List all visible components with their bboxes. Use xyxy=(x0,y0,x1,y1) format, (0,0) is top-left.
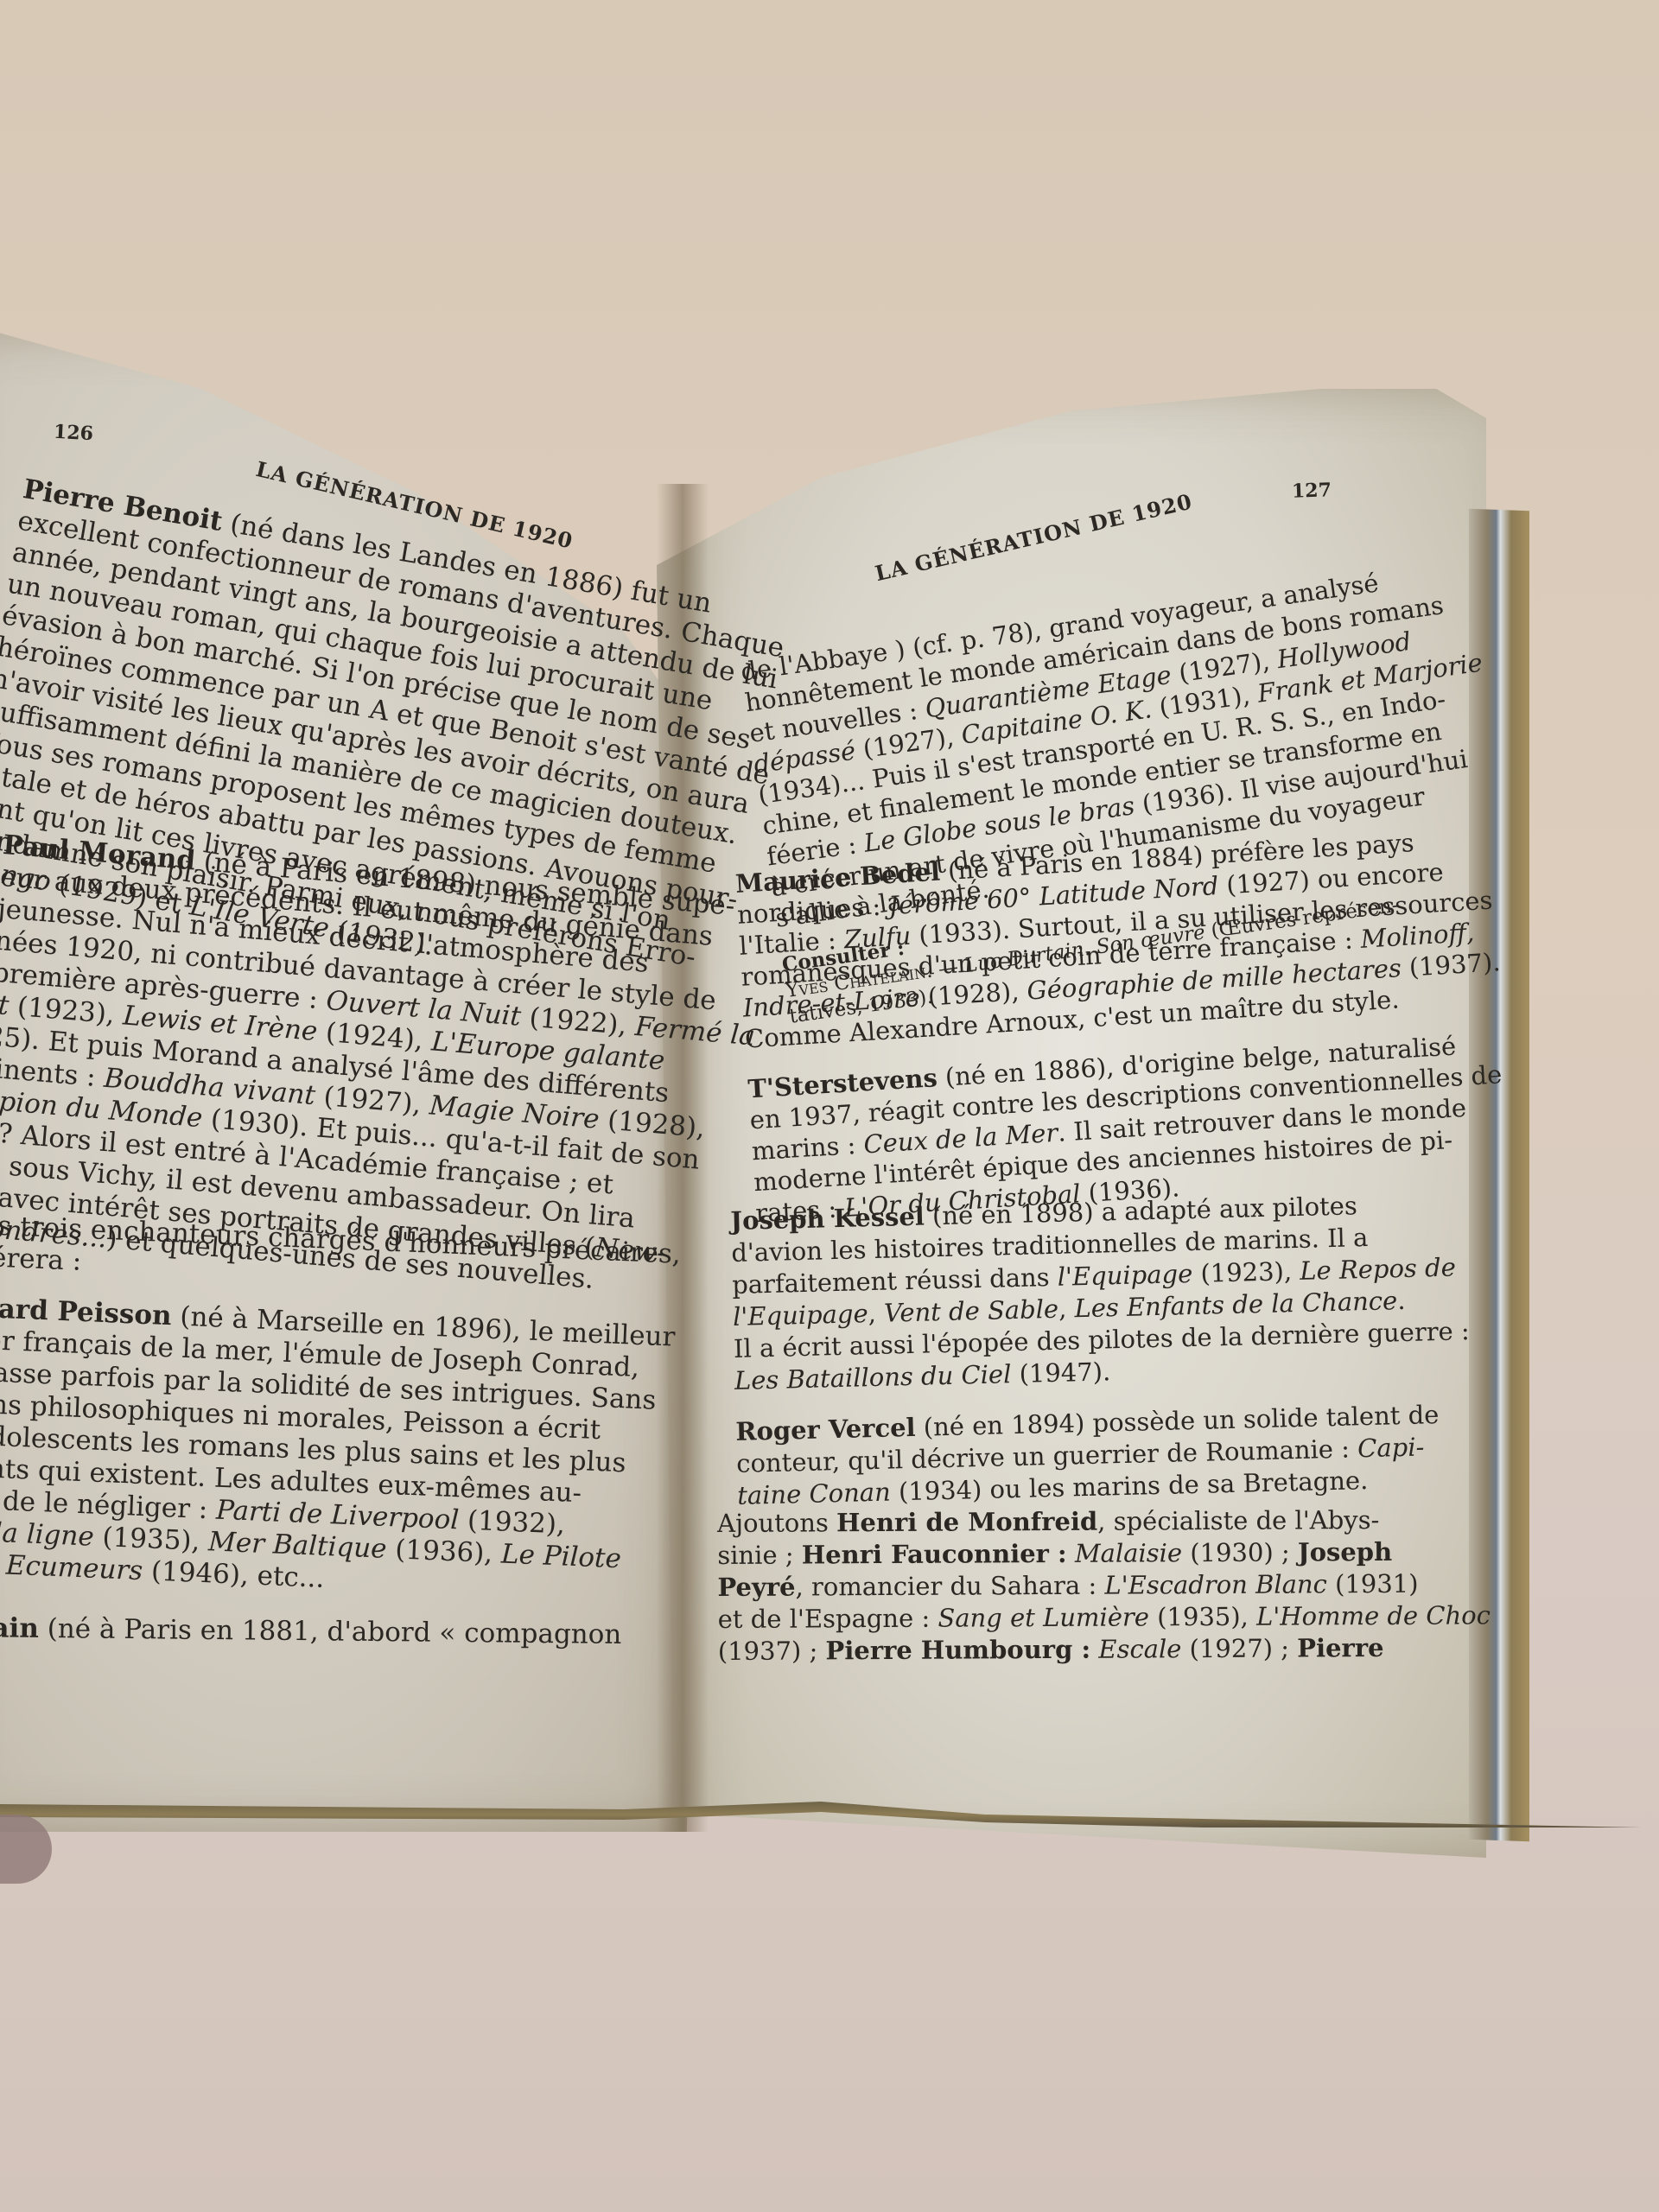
body-text: , xyxy=(868,1299,884,1328)
body-text: , xyxy=(1058,1294,1075,1323)
work-title: e la ligne xyxy=(0,1516,94,1553)
body-text: (1937) ; xyxy=(718,1636,826,1666)
author-name: Pierre Humbourg : xyxy=(825,1635,1090,1666)
work-title: Le Repos de xyxy=(1300,1253,1456,1286)
body-text: (1935), xyxy=(1149,1602,1256,1632)
body-text: , spécialiste de l'Abys- xyxy=(1097,1505,1379,1536)
work-title: l'Equipage xyxy=(733,1299,868,1332)
body-text: (1936), xyxy=(386,1534,502,1570)
right-text-lower: Joseph Kessel (né en 1898) a adapté aux … xyxy=(730,1187,1473,1512)
work-title: Capi- xyxy=(1357,1432,1425,1463)
author-name: Joseph xyxy=(1298,1537,1392,1567)
paragraph-line-ajoutons: (1937) ; Pierre Humbourg : Escale (1927)… xyxy=(718,1631,1491,1668)
paragraph-line-ajoutons: sinie ; Henri Fauconnier : Malaisie (193… xyxy=(717,1535,1490,1572)
body-text: sinie ; xyxy=(717,1540,802,1570)
work-title: l'Equipage xyxy=(1057,1259,1192,1292)
body-text: et de l'Espagne : xyxy=(718,1604,938,1634)
work-title: Le Pilote xyxy=(500,1538,621,1574)
author-name: Henri Fauconnier : xyxy=(802,1539,1067,1570)
body-text: (1935), xyxy=(93,1522,209,1558)
author-name: Henri de Monfreid xyxy=(836,1507,1097,1538)
author-name: Peyré xyxy=(717,1573,795,1602)
author-name: rtain xyxy=(0,1612,39,1644)
paragraph-line-ajoutons: Peyré, romancier du Sahara : L'Escadron … xyxy=(717,1567,1490,1604)
author-name: Joseph Kessel xyxy=(730,1202,925,1236)
body-text: (1930) ; xyxy=(1182,1537,1298,1567)
paragraph-line-ajoutons: Ajoutons Henri de Monfreid, spécialiste … xyxy=(717,1503,1490,1540)
work-title: Sang et Lumière xyxy=(938,1602,1149,1632)
body-text: férera : xyxy=(0,1242,82,1277)
paragraph-line-ajoutons: et de l'Espagne : Sang et Lumière (1935)… xyxy=(718,1599,1491,1636)
work-title: Escale xyxy=(1098,1634,1181,1664)
work-title: Vent de Sable xyxy=(884,1294,1059,1328)
body-text: (1932), xyxy=(458,1504,565,1540)
page-number-left: 126 xyxy=(53,421,93,445)
work-title: Zulfu xyxy=(843,921,912,955)
author-name: Roger Vercel xyxy=(735,1413,916,1446)
left-text-lower: es trois enchanteurs chargés d'honneurs … xyxy=(0,1210,682,1610)
body-text: (1947). xyxy=(1011,1357,1111,1389)
work-title: taine Conan xyxy=(737,1478,891,1510)
work-title: L'Homme de Choc xyxy=(1256,1600,1491,1630)
work-title: Les Bataillons du Ciel xyxy=(734,1359,1012,1395)
body-text: Ajoutons xyxy=(717,1508,836,1538)
right-text-middle: Maurice Bedel (né à Paris en 1884) préfè… xyxy=(734,822,1514,1229)
page-number-right: 127 xyxy=(1292,479,1332,503)
author-name: Pierre xyxy=(1297,1633,1383,1663)
work-title: es Ecumeurs xyxy=(0,1548,143,1586)
body-text: (1927) ; xyxy=(1181,1633,1297,1663)
body-text xyxy=(1067,1539,1075,1568)
work-title: Malaisie xyxy=(1075,1538,1182,1568)
left-text-bottom: rtain (né à Paris en 1881, d'abord « com… xyxy=(0,1611,622,1651)
paragraph-line-luc-durtain: rtain (né à Paris en 1881, d'abord « com… xyxy=(0,1611,622,1651)
right-text-bottom: Ajoutons Henri de Monfreid, spécialiste … xyxy=(717,1503,1491,1668)
body-text: (1923), xyxy=(1192,1256,1300,1288)
body-text: (1937). xyxy=(1401,947,1502,982)
body-text: (1931) xyxy=(1327,1569,1419,1599)
body-text: (né à Paris en 1881, d'abord « compagnon xyxy=(39,1613,622,1650)
body-text: (1946), etc... xyxy=(142,1555,325,1594)
open-book: 126 LA GÉNÉRATION DE 1920 127 LA GÉNÉRAT… xyxy=(0,0,1659,2212)
work-title: L'Escadron Blanc xyxy=(1104,1569,1327,1599)
body-text: , romancier du Sahara : xyxy=(795,1571,1104,1602)
body-text: . xyxy=(1397,1286,1406,1315)
